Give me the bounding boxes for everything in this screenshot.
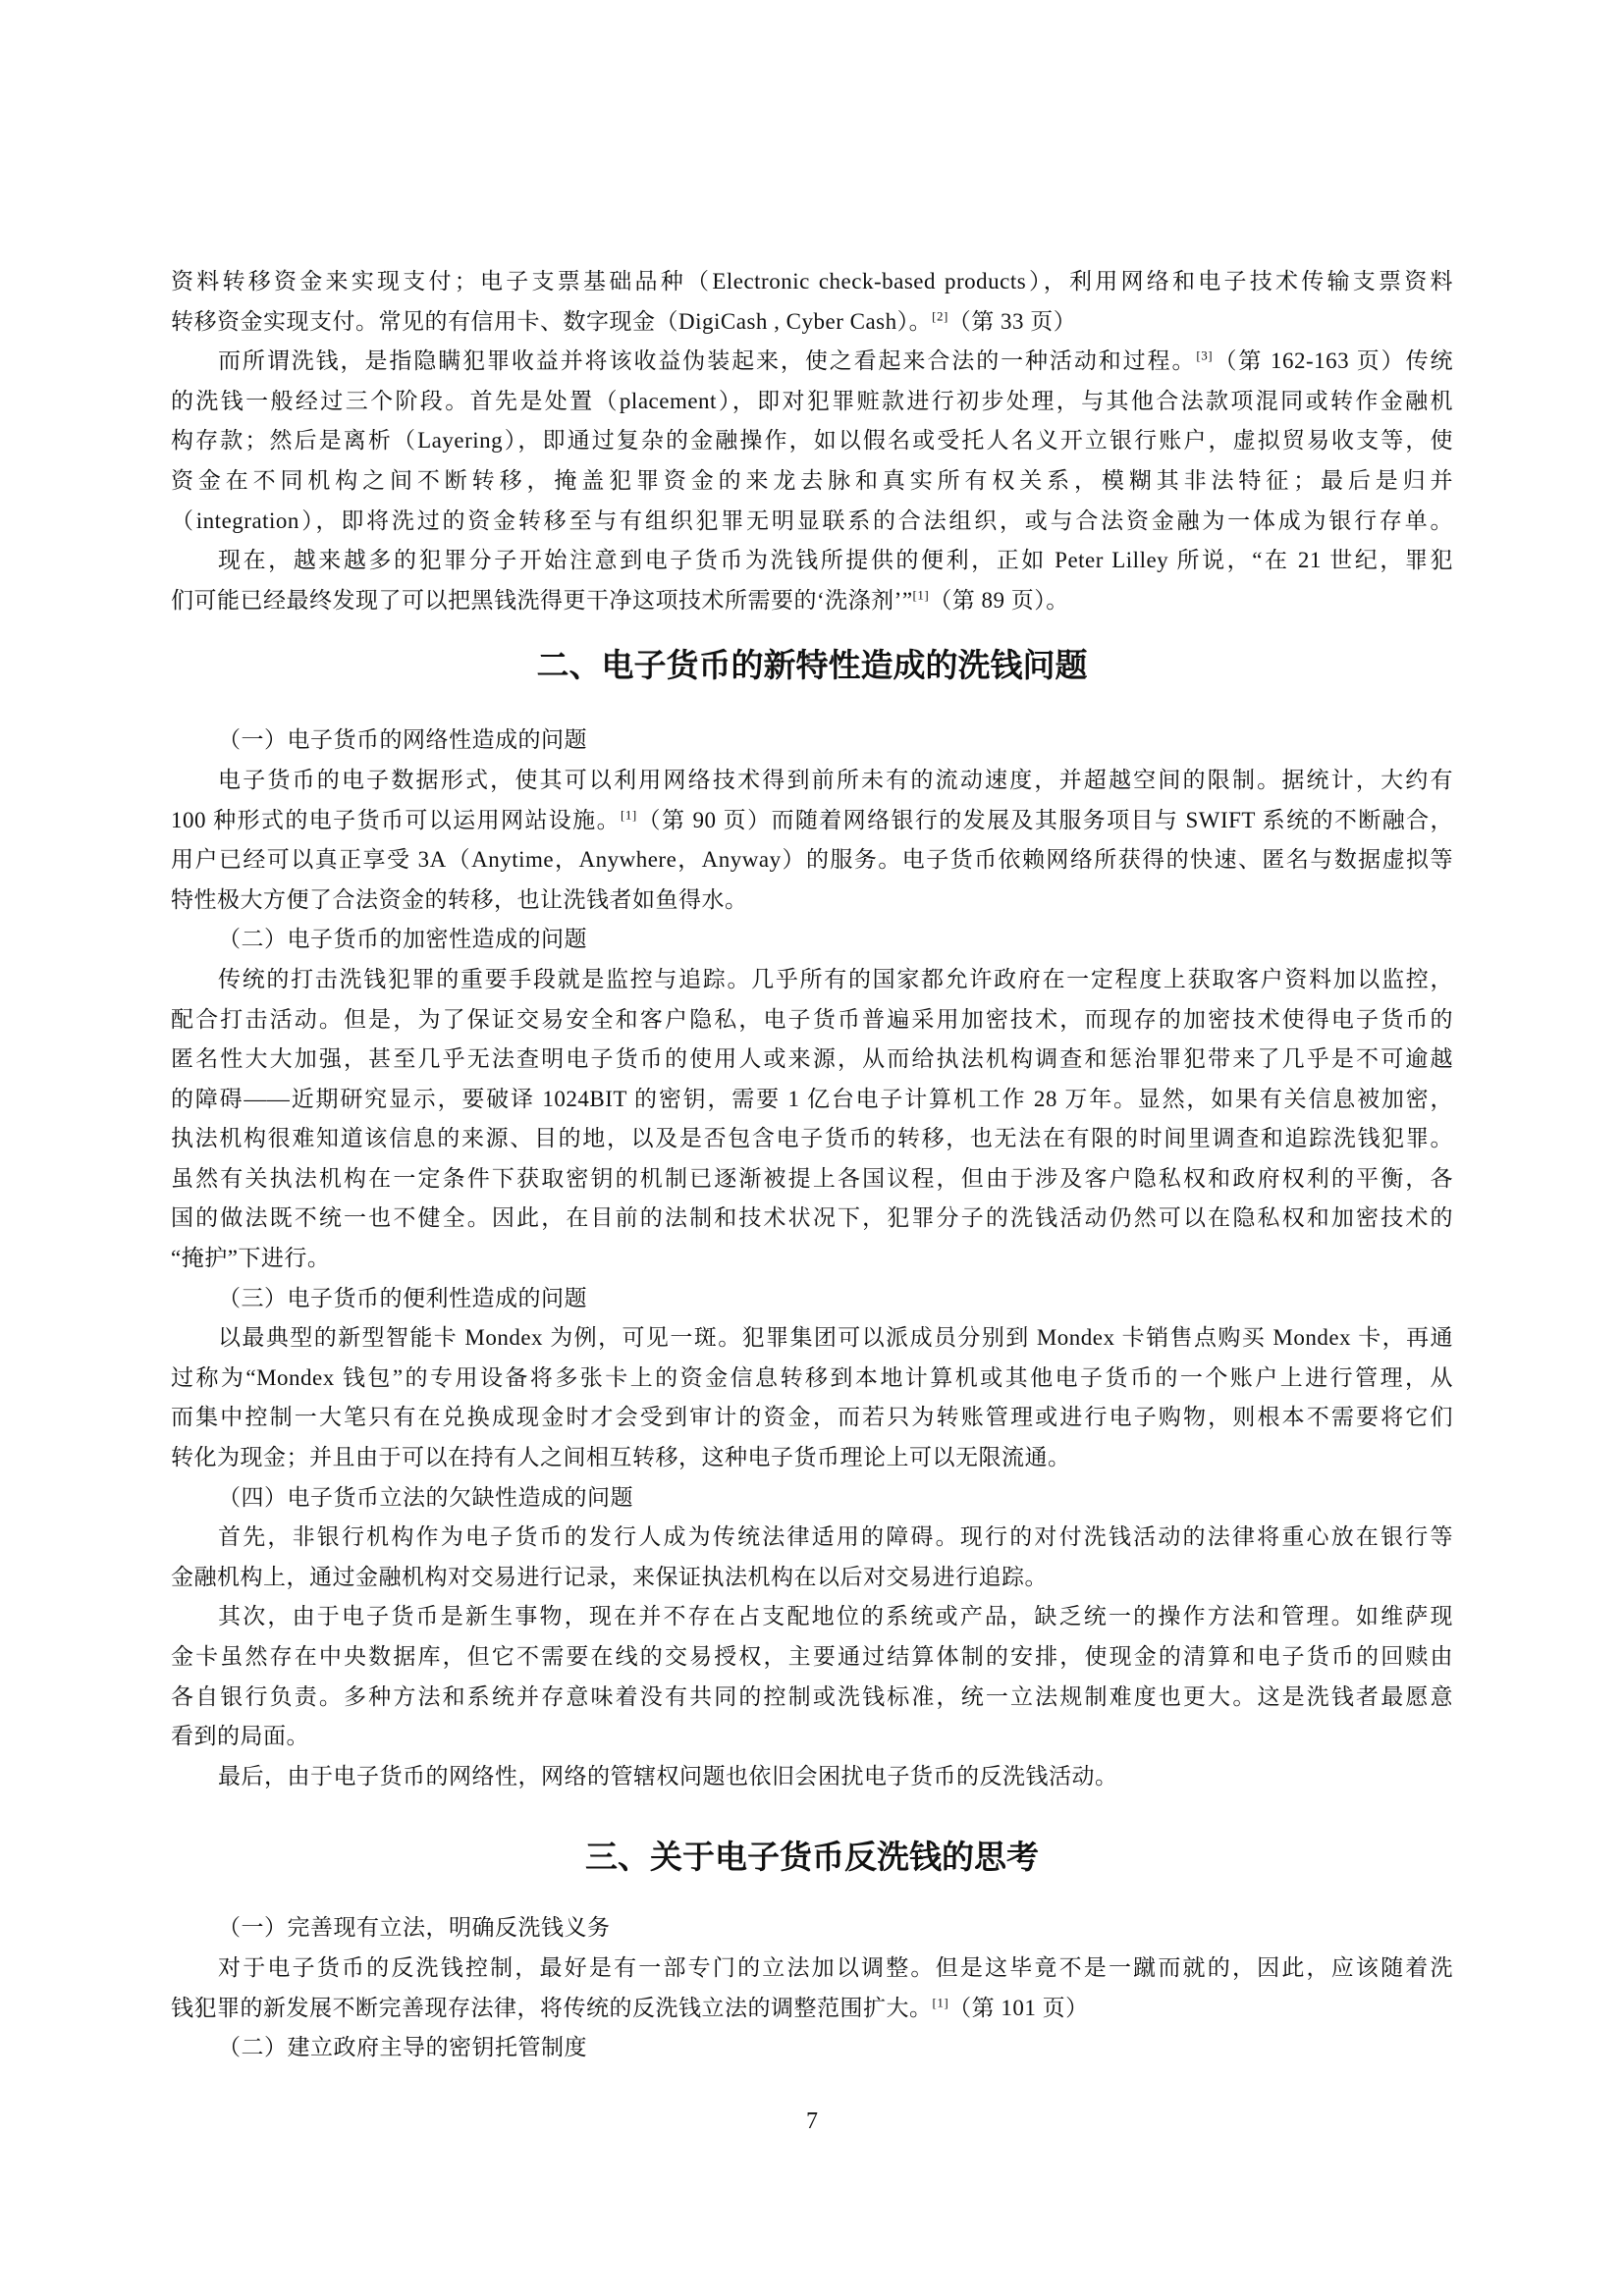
text-segment: 虽然有关执法机构在一定条件下获取密钥的机制已逐渐被提上各国议程，但由于涉及客户隐… [171,1166,1453,1191]
text-segment: 用户已经可以真正享受 3A（Anytime，Anywhere，Anyway）的服… [171,847,1453,872]
text-segment: （一）电子货币的网络性造成的问题 [218,727,587,752]
text-line: 们可能已经最终发现了可以把黑钱洗得更干净这项技术所需要的‘洗涤剂’”[1]（第 … [171,581,1453,621]
text-segment: 构存款；然后是离析（Layering），即通过复杂的金融操作，如以假名或受托人名… [171,428,1453,453]
text-segment: 执法机构很难知道该信息的来源、目的地，以及是否包含电子货币的转移，也无法在有限的… [171,1126,1453,1150]
text-line: 执法机构很难知道该信息的来源、目的地，以及是否包含电子货币的转移，也无法在有限的… [171,1119,1453,1159]
text-segment: 资金在不同机构之间不断转移，掩盖犯罪资金的来龙去脉和真实所有权关系，模糊其非法特… [171,468,1453,493]
text-segment: 过称为“Mondex 钱包”的专用设备将多张卡上的资金信息转移到本地计算机或其他… [171,1365,1453,1390]
text-segment: （二）建立政府主导的密钥托管制度 [218,2035,587,2059]
text-segment: 国的做法既不统一也不健全。因此，在目前的法制和技术状况下，犯罪分子的洗钱活动仍然… [171,1205,1453,1230]
text-line: 100 种形式的电子货币可以运用网站设施。[1]（第 90 页）而随着网络银行的… [171,801,1453,841]
text-segment: 而所谓洗钱，是指隐瞒犯罪收益并将该收益伪装起来，使之看起来合法的一种活动和过程。 [218,348,1196,373]
text-segment: 的洗钱一般经过三个阶段。首先是处置（placement），即对犯罪赃款进行初步处… [171,389,1453,413]
text-line: 其次，由于电子货币是新生事物，现在并不存在占支配地位的系统或产品，缺乏统一的操作… [171,1597,1453,1637]
document-content: 资料转移资金来实现支付；电子支票基础品种（Electronic check-ba… [171,262,1453,2068]
text-line: （三）电子货币的便利性造成的问题 [171,1279,1453,1319]
text-line: 资料转移资金来实现支付；电子支票基础品种（Electronic check-ba… [171,262,1453,302]
heading-part3: 三、关于电子货币反洗钱的思考 [171,1796,1453,1908]
text-segment: 传统的打击洗钱犯罪的重要手段就是监控与追踪。几乎所有的国家都允许政府在一定程度上… [218,967,1453,991]
text-line: （一）电子货币的网络性造成的问题 [171,721,1453,761]
footnote-ref: [1] [913,587,930,602]
text-line: 转化为现金；并且由于可以在持有人之间相互转移，这种电子货币理论上可以无限流通。 [171,1438,1453,1478]
footnote-ref: [2] [932,308,948,323]
text-line: 资金在不同机构之间不断转移，掩盖犯罪资金的来龙去脉和真实所有权关系，模糊其非法特… [171,461,1453,502]
page-number: 7 [0,2104,1624,2139]
text-line: （二）电子货币的加密性造成的问题 [171,920,1453,960]
text-line: （二）建立政府主导的密钥托管制度 [171,2028,1453,2068]
text-segment: 钱犯罪的新发展不断完善现存法律，将传统的反洗钱立法的调整范围扩大。 [171,1996,933,2020]
text-segment: （第 33 页） [948,309,1077,334]
text-line: 构存款；然后是离析（Layering），即通过复杂的金融操作，如以假名或受托人名… [171,421,1453,461]
text-segment: 们可能已经最终发现了可以把黑钱洗得更干净这项技术所需要的‘洗涤剂’” [171,588,913,613]
text-line: （四）电子货币立法的欠缺性造成的问题 [171,1478,1453,1519]
text-line: 而所谓洗钱，是指隐瞒犯罪收益并将该收益伪装起来，使之看起来合法的一种活动和过程。… [171,342,1453,382]
text-segment: 转移资金实现支付。常见的有信用卡、数字现金（DigiCash , Cyber C… [171,309,932,334]
text-line: “掩护”下进行。 [171,1239,1453,1279]
text-segment: 转化为现金；并且由于可以在持有人之间相互转移，这种电子货币理论上可以无限流通。 [171,1445,1071,1469]
text-segment: 对于电子货币的反洗钱控制，最好是有一部专门的立法加以调整。但是这毕竟不是一蹴而就… [218,1955,1453,1980]
text-segment: 现在，越来越多的犯罪分子开始注意到电子货币为洗钱所提供的便利，正如 Peter … [218,548,1453,572]
text-segment: 资料转移资金来实现支付；电子支票基础品种（Electronic check-ba… [171,269,1453,294]
text-line: 配合打击活动。但是，为了保证交易安全和客户隐私，电子货币普遍采用加密技术，而现存… [171,1000,1453,1041]
text-segment: （一）完善现有立法，明确反洗钱义务 [218,1915,611,1940]
text-segment: 各自银行负责。多种方法和系统并存意味着没有共同的控制或洗钱标准，统一立法规制难度… [171,1684,1453,1709]
text-segment: 而集中控制一大笔只有在兑换成现金时才会受到审计的资金，而若只为转账管理或进行电子… [171,1405,1453,1429]
text-line: 用户已经可以真正享受 3A（Anytime，Anywhere，Anyway）的服… [171,840,1453,881]
text-segment: （第 162-163 页）传统 [1213,348,1453,373]
heading-part2: 二、电子货币的新特性造成的洗钱问题 [171,620,1453,721]
text-line: 钱犯罪的新发展不断完善现存法律，将传统的反洗钱立法的调整范围扩大。[1]（第 1… [171,1989,1453,2029]
text-segment: （二）电子货币的加密性造成的问题 [218,927,587,951]
text-line: 金融机构上，通过金融机构对交易进行记录，来保证执法机构在以后对交易进行追踪。 [171,1558,1453,1598]
text-line: 而集中控制一大笔只有在兑换成现金时才会受到审计的资金，而若只为转账管理或进行电子… [171,1398,1453,1438]
document-page: 资料转移资金来实现支付；电子支票基础品种（Electronic check-ba… [0,0,1624,2296]
text-line: 的洗钱一般经过三个阶段。首先是处置（placement），即对犯罪赃款进行初步处… [171,382,1453,422]
text-line: 国的做法既不统一也不健全。因此，在目前的法制和技术状况下，犯罪分子的洗钱活动仍然… [171,1199,1453,1239]
text-segment: 金卡虽然存在中央数据库，但它不需要在线的交易授权，主要通过结算体制的安排，使现金… [171,1644,1453,1669]
text-line: 首先，非银行机构作为电子货币的发行人成为传统法律适用的障碍。现行的对付洗钱活动的… [171,1518,1453,1558]
text-segment: 看到的局面。 [171,1724,309,1748]
text-segment: 100 种形式的电子货币可以运用网站设施。 [171,808,621,832]
text-segment: 电子货币的电子数据形式，使其可以利用网络技术得到前所未有的流动速度，并超越空间的… [218,768,1453,792]
text-segment: 首先，非银行机构作为电子货币的发行人成为传统法律适用的障碍。现行的对付洗钱活动的… [218,1524,1453,1549]
text-segment: （三）电子货币的便利性造成的问题 [218,1286,587,1310]
text-segment: 的障碍——近期研究显示，要破译 1024BIT 的密钥，需要 1 亿台电子计算机… [171,1087,1453,1111]
text-line: 看到的局面。 [171,1717,1453,1757]
text-line: 以最典型的新型智能卡 Mondex 为例，可见一斑。犯罪集团可以派成员分别到 M… [171,1318,1453,1359]
text-line: 转移资金实现支付。常见的有信用卡、数字现金（DigiCash , Cyber C… [171,302,1453,343]
text-line: 的障碍——近期研究显示，要破译 1024BIT 的密钥，需要 1 亿台电子计算机… [171,1080,1453,1120]
text-line: （一）完善现有立法，明确反洗钱义务 [171,1908,1453,1949]
text-line: （integration），即将洗过的资金转移至与有组织犯罪无明显联系的合法组织… [171,502,1453,542]
text-line: 金卡虽然存在中央数据库，但它不需要在线的交易授权，主要通过结算体制的安排，使现金… [171,1637,1453,1678]
text-segment: （第 101 页） [948,1996,1089,2020]
text-line: 电子货币的电子数据形式，使其可以利用网络技术得到前所未有的流动速度，并超越空间的… [171,761,1453,801]
text-segment: “掩护”下进行。 [171,1246,330,1270]
footnote-ref: [1] [933,1995,949,2009]
text-segment: 其次，由于电子货币是新生事物，现在并不存在占支配地位的系统或产品，缺乏统一的操作… [218,1604,1453,1629]
text-segment: （四）电子货币立法的欠缺性造成的问题 [218,1485,633,1510]
text-segment: （integration），即将洗过的资金转移至与有组织犯罪无明显联系的合法组织… [171,508,1453,533]
text-segment: 特性极大方便了合法资金的转移，也让洗钱者如鱼得水。 [171,887,748,912]
text-segment: 配合打击活动。但是，为了保证交易安全和客户隐私，电子货币普遍采用加密技术，而现存… [171,1007,1453,1032]
text-segment: 金融机构上，通过金融机构对交易进行记录，来保证执法机构在以后对交易进行追踪。 [171,1565,1048,1589]
text-line: 匿名性大大加强，甚至几乎无法查明电子货币的使用人或来源，从而给执法机构调查和惩治… [171,1040,1453,1080]
text-line: 各自银行负责。多种方法和系统并存意味着没有共同的控制或洗钱标准，统一立法规制难度… [171,1678,1453,1718]
text-line: 传统的打击洗钱犯罪的重要手段就是监控与追踪。几乎所有的国家都允许政府在一定程度上… [171,960,1453,1000]
text-segment: 以最典型的新型智能卡 Mondex 为例，可见一斑。犯罪集团可以派成员分别到 M… [218,1325,1453,1350]
text-line: 最后，由于电子货币的网络性，网络的管辖权问题也依旧会困扰电子货币的反洗钱活动。 [171,1757,1453,1797]
text-segment: （第 90 页）而随着网络银行的发展及其服务项目与 SWIFT 系统的不断融合， [637,808,1453,832]
footnote-ref: [1] [621,807,637,822]
text-segment: 匿名性大大加强，甚至几乎无法查明电子货币的使用人或来源，从而给执法机构调查和惩治… [171,1046,1453,1071]
text-segment: （第 89 页）。 [929,588,1069,613]
text-segment: 最后，由于电子货币的网络性，网络的管辖权问题也依旧会困扰电子货币的反洗钱活动。 [218,1764,1118,1789]
text-line: 过称为“Mondex 钱包”的专用设备将多张卡上的资金信息转移到本地计算机或其他… [171,1359,1453,1399]
text-line: 对于电子货币的反洗钱控制，最好是有一部专门的立法加以调整。但是这毕竟不是一蹴而就… [171,1949,1453,1989]
text-line: 虽然有关执法机构在一定条件下获取密钥的机制已逐渐被提上各国议程，但由于涉及客户隐… [171,1159,1453,1200]
text-line: 现在，越来越多的犯罪分子开始注意到电子货币为洗钱所提供的便利，正如 Peter … [171,541,1453,581]
footnote-ref: [3] [1196,348,1213,363]
text-line: 特性极大方便了合法资金的转移，也让洗钱者如鱼得水。 [171,881,1453,921]
